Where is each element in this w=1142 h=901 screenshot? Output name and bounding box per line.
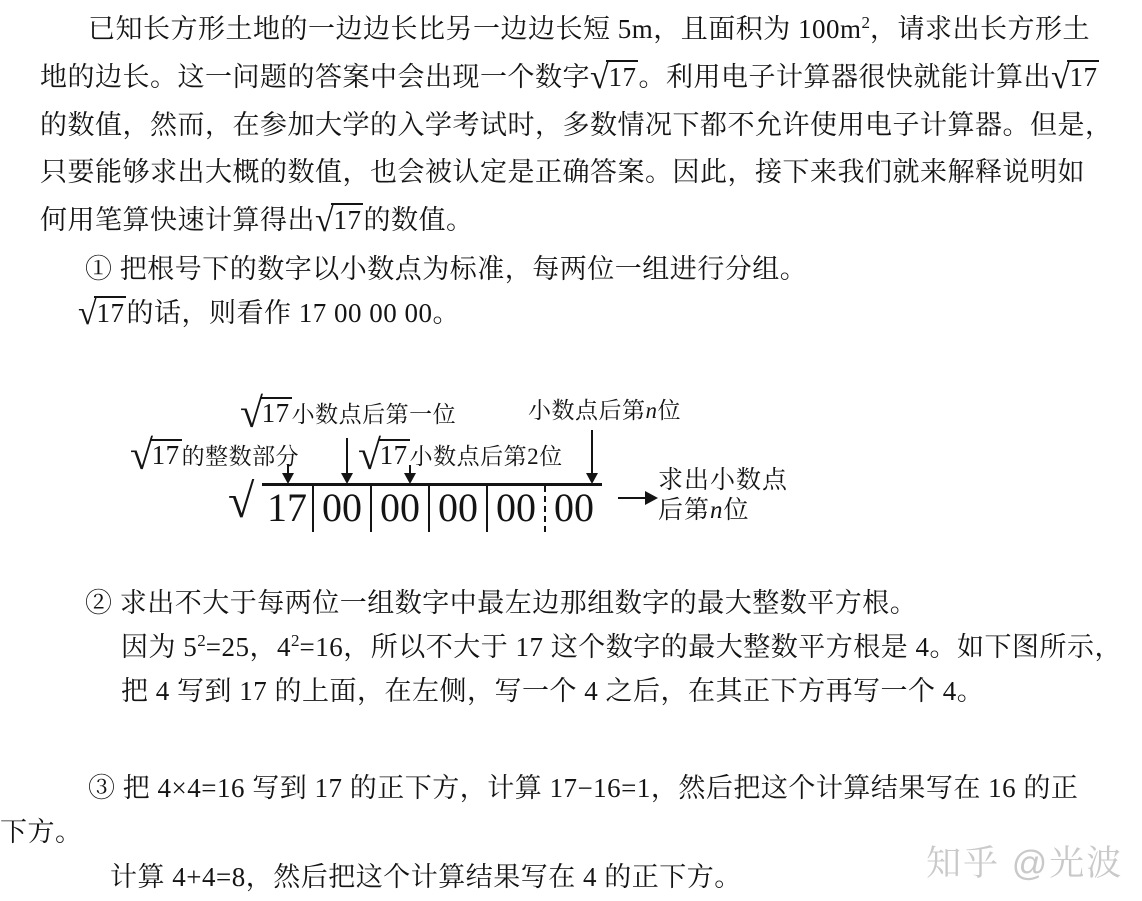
digit-groups: 17 00 00 00 00 00 <box>262 483 602 532</box>
radicand: 17 <box>94 296 126 328</box>
result-note-line-2: 后第n位 <box>658 496 788 526</box>
arrow-down-icon <box>282 464 294 484</box>
step3-line-2-text: 下方。 <box>0 817 83 847</box>
step3-line-2: 下方。 <box>0 813 83 851</box>
radical-sign-icon: √ <box>358 433 382 479</box>
label-nth-decimal: 小数点后第n位 <box>528 398 681 423</box>
intro-line-3: 的数值，然而，在参加大学的入学考试时，多数情况下都不允许使用电子计算器。但是， <box>40 106 1113 144</box>
intro-line-2-mid: 。利用电子计算器很快就能计算出 <box>638 62 1051 92</box>
digit-group-cell: 00 <box>312 486 370 532</box>
intro-line-2-text: 地的边长。这一问题的答案中会出现一个数字 <box>40 62 590 92</box>
radical-sign-icon: √ <box>130 433 154 479</box>
digit-group-cell: 00 <box>486 486 544 532</box>
sqrt-17: √17 <box>78 294 126 332</box>
step1-heading: ① 把根号下的数字以小数点为标准，每两位一组进行分组。 <box>85 250 807 288</box>
step1-heading-text: ① 把根号下的数字以小数点为标准，每两位一组进行分组。 <box>85 254 807 284</box>
intro-line-1-text: 已知长方形土地的一边边长比另一边边长短 5m，且面积为 100m <box>88 14 862 44</box>
watermark: 知乎 @光波 <box>926 836 1123 886</box>
intro-line-4-text: 只要能够求出大概的数值，也会被认定是正确答案。因此，接下来我们就来解释说明如 <box>40 157 1085 187</box>
radicand: 17 <box>1067 60 1099 92</box>
arrow-down-icon <box>586 430 598 484</box>
intro-line-5-tail: 的数值。 <box>363 205 473 235</box>
superscript-2: 2 <box>862 13 871 32</box>
step2-heading: ② 求出不大于每两位一组数字中最左边那组数字的最大整数平方根。 <box>85 584 917 622</box>
step2-heading-text: ② 求出不大于每两位一组数字中最左边那组数字的最大整数平方根。 <box>85 588 917 618</box>
radicand: 17 <box>150 439 182 471</box>
label-second-decimal: √17小数点后第2位 <box>358 430 563 472</box>
digit-grouping-diagram: √17小数点后第一位 小数点后第n位 √17的整数部分 √17小数点后第2位 √… <box>130 386 890 566</box>
step2-line-3-text: 把 4 写到 17 的上面，在左侧，写一个 4 之后，在其正下方再写一个 4。 <box>121 676 984 706</box>
digit-group-cell: 00 <box>428 486 486 532</box>
result-note-n: n <box>710 497 724 524</box>
intro-line-2: 地的边长。这一问题的答案中会出现一个数字√17。利用电子计算器很快就能计算出√1… <box>40 58 1099 96</box>
radicand: 17 <box>606 60 638 92</box>
arrow-down-icon <box>404 465 416 484</box>
step2-line-3: 把 4 写到 17 的上面，在左侧，写一个 4 之后，在其正下方再写一个 4。 <box>121 672 984 710</box>
label-integer-part: √17的整数部分 <box>130 430 299 472</box>
radical-sign-icon: √ <box>590 58 609 96</box>
step3-line-1: ③ 把 4×4=16 写到 17 的正下方，计算 17−16=1，然后把这个计算… <box>88 769 1078 807</box>
radical-expression: √ 17 00 00 00 00 00 <box>230 483 602 532</box>
radical-sign-icon: √ <box>228 478 254 526</box>
label-nth-text-a: 小数点后第 <box>528 398 646 423</box>
radicand: 17 <box>331 203 363 235</box>
step1-example-line: √17的话，则看作 17 00 00 00。 <box>78 294 460 332</box>
label-second-decimal-text: 小数点后第2位 <box>410 444 563 469</box>
digit-group-cell: 00 <box>370 486 428 532</box>
label-nth-text-b: 位 <box>658 398 682 423</box>
step3-line-3-text: 计算 4+4=8，然后把这个计算结果写在 4 的正下方。 <box>110 862 742 892</box>
intro-line-1-tail: ，请求出长方形土 <box>870 14 1090 44</box>
step3-line-1-text: ③ 把 4×4=16 写到 17 的正下方，计算 17−16=1，然后把这个计算… <box>88 773 1078 803</box>
radical-sign-icon: √ <box>1051 58 1070 96</box>
label-nth-n: n <box>646 398 658 423</box>
intro-line-5-text: 何用笔算快速计算得出 <box>40 205 315 235</box>
result-note-line-1: 求出小数点 <box>658 466 788 496</box>
step2-line-2-c: =16，所以不大于 17 这个数字的最大整数平方根是 4。如下图所示， <box>299 632 1121 662</box>
step2-line-2-a: 因为 5 <box>121 632 197 662</box>
radicand: 17 <box>260 397 292 429</box>
step2-line-2: 因为 52=25，42=16，所以不大于 17 这个数字的最大整数平方根是 4。… <box>121 628 1122 666</box>
step2-line-2-b: =25，4 <box>206 632 291 662</box>
digit-group-cell: 00 <box>544 486 602 532</box>
radical-sign-icon: √ <box>78 294 97 332</box>
superscript-2: 2 <box>197 631 206 650</box>
intro-line-5: 何用笔算快速计算得出√17的数值。 <box>40 201 473 239</box>
arrow-right-icon <box>618 490 658 506</box>
radical-sign-icon: √ <box>315 201 334 239</box>
arrow-down-icon <box>341 438 353 484</box>
sqrt-17: √17 <box>315 201 363 239</box>
intro-line-1: 已知长方形土地的一边边长比另一边边长短 5m，且面积为 100m2，请求出长方形… <box>88 10 1090 48</box>
digit-group-cell: 17 <box>262 486 312 532</box>
intro-line-3-text: 的数值，然而，在参加大学的入学考试时，多数情况下都不允许使用电子计算器。但是， <box>40 110 1113 140</box>
intro-line-4: 只要能够求出大概的数值，也会被认定是正确答案。因此，接下来我们就来解释说明如 <box>40 153 1085 191</box>
label-first-decimal-text: 小数点后第一位 <box>292 402 457 427</box>
step1-example-text: 的话，则看作 17 00 00 00。 <box>126 298 460 328</box>
sqrt-17: √17 <box>590 58 638 96</box>
label-first-decimal: √17小数点后第一位 <box>240 388 456 430</box>
step3-line-3: 计算 4+4=8，然后把这个计算结果写在 4 的正下方。 <box>110 858 742 896</box>
diagram-result-note: 求出小数点 后第n位 <box>658 466 788 526</box>
sqrt-17: √17 <box>1051 58 1099 96</box>
